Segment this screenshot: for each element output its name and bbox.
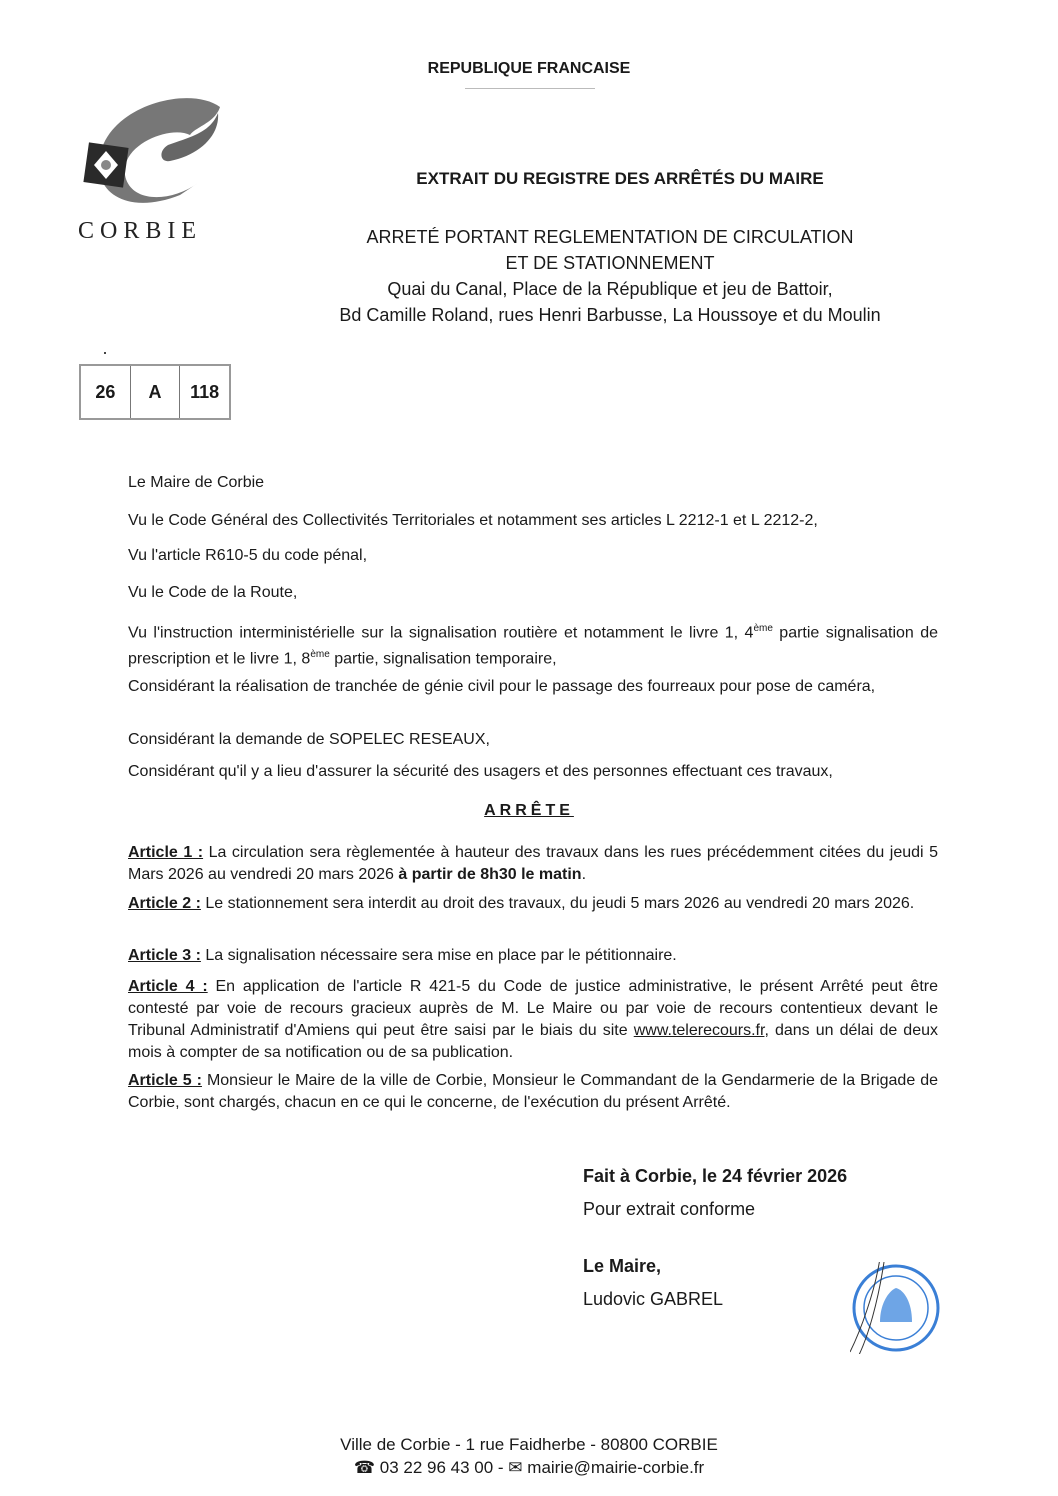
- title-line-4: Bd Camille Roland, rues Henri Barbusse, …: [300, 302, 920, 328]
- preamble-considerant-securite: Considérant qu'il y a lieu d'assurer la …: [128, 761, 938, 783]
- title-line-2: ET DE STATIONNEMENT: [300, 250, 920, 276]
- fait-a: Fait à Corbie, le 24 février 2026: [583, 1166, 847, 1187]
- email-icon: ✉: [508, 1458, 522, 1477]
- preamble-vu-penal: Vu l'article R610-5 du code pénal,: [128, 545, 938, 567]
- ref-type: A: [131, 366, 181, 418]
- article-5: Article 5 : Monsieur le Maire de la vill…: [128, 1070, 938, 1114]
- article-2: Article 2 : Le stationnement sera interd…: [128, 893, 938, 915]
- signatory-name: Ludovic GABREL: [583, 1289, 723, 1310]
- footer-contact: ☎ 03 22 96 43 00 - ✉ mairie@mairie-corbi…: [0, 1458, 1058, 1478]
- reference-box: 26 A 118: [79, 364, 231, 420]
- header-rule: [465, 88, 595, 89]
- article-1: Article 1 : La circulation sera règlemen…: [128, 842, 938, 886]
- extrait-heading: EXTRAIT DU REGISTRE DES ARRÊTÉS DU MAIRE: [330, 169, 910, 189]
- arrete-title: ARRETÉ PORTANT REGLEMENTATION DE CIRCULA…: [300, 224, 920, 328]
- republique-header: REPUBLIQUE FRANCAISE: [0, 60, 1058, 78]
- title-line-1: ARRETÉ PORTANT REGLEMENTATION DE CIRCULA…: [300, 224, 920, 250]
- phone-icon: ☎: [354, 1458, 375, 1477]
- preamble-considerant-tranchee: Considérant la réalisation de tranchée d…: [128, 676, 938, 698]
- footer-email[interactable]: mairie@mairie-corbie.fr: [527, 1458, 704, 1477]
- ref-number: 118: [180, 366, 229, 418]
- footer-address: Ville de Corbie - 1 rue Faidherbe - 8080…: [0, 1435, 1058, 1455]
- arrete-heading: ARRÊTE: [0, 802, 1058, 820]
- preamble-considerant-demande: Considérant la demande de SOPELEC RESEAU…: [128, 729, 938, 751]
- scan-dot: [104, 352, 106, 354]
- preamble-maire: Le Maire de Corbie: [128, 472, 938, 494]
- article-4: Article 4 : En application de l'article …: [128, 976, 938, 1064]
- preamble-vu-instruction: Vu l'instruction interministérielle sur …: [128, 618, 938, 671]
- official-stamp-icon: [850, 1262, 942, 1354]
- telerecours-link[interactable]: www.telerecours.fr: [634, 1022, 765, 1039]
- signatory-role: Le Maire,: [583, 1256, 661, 1277]
- preamble-vu-cgct: Vu le Code Général des Collectivités Ter…: [128, 510, 938, 532]
- pour-extrait-conforme: Pour extrait conforme: [583, 1199, 755, 1220]
- title-line-3: Quai du Canal, Place de la République et…: [300, 276, 920, 302]
- article-3: Article 3 : La signalisation nécessaire …: [128, 945, 938, 967]
- footer-phone: 03 22 96 43 00: [380, 1458, 493, 1477]
- ref-year: 26: [81, 366, 131, 418]
- logo-text: CORBIE: [78, 218, 202, 245]
- preamble-vu-route: Vu le Code de la Route,: [128, 582, 938, 604]
